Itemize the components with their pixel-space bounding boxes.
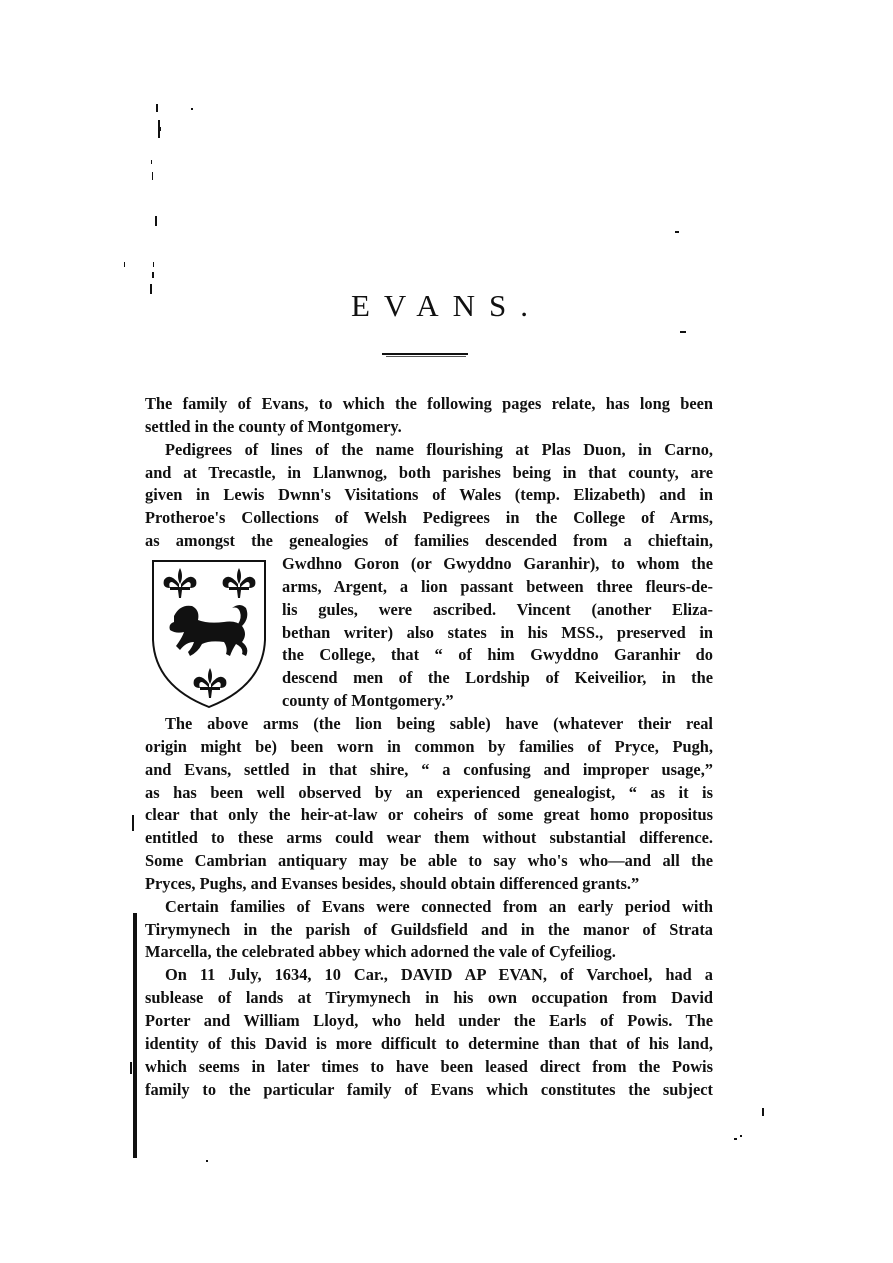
- scan-mark: [130, 1062, 132, 1074]
- page-title: EVANS.: [0, 286, 893, 326]
- scan-mark: [132, 815, 134, 831]
- text-line: descend men of the Lordship of Keiveilio…: [282, 667, 713, 690]
- scan-mark: [152, 172, 153, 180]
- scan-mark: [206, 1160, 208, 1162]
- title-rule: [382, 353, 468, 357]
- text-line: as amongst the genealogies of families d…: [145, 530, 713, 553]
- coat-of-arms-illustration: [150, 558, 268, 710]
- text-line: family to the particular family of Evans…: [145, 1079, 713, 1102]
- book-page: EVANS. The family of Evans, to which the…: [0, 0, 893, 1263]
- text-line: origin might be) been worn in common by …: [145, 736, 713, 759]
- text-line: settled in the county of Montgomery.: [145, 416, 713, 439]
- scan-mark: [675, 231, 679, 233]
- paragraph-arms: Gwdhno Goron (or Gwyddno Garanhir), to w…: [282, 553, 713, 713]
- scan-mark: [153, 262, 154, 267]
- text-line: bethan writer) also states in his MSS., …: [282, 622, 713, 645]
- margin-bracket: [133, 913, 137, 1158]
- text-line: Certain families of Evans were connected…: [145, 896, 713, 919]
- text-line: given in Lewis Dwnn's Visitations of Wal…: [145, 484, 713, 507]
- text-line: lis gules, were ascribed. Vincent (anoth…: [282, 599, 713, 622]
- text-line: and Evans, settled in that shire, “ a co…: [145, 759, 713, 782]
- scan-mark: [762, 1108, 764, 1116]
- paragraph-body: The above arms (the lion being sable) ha…: [145, 713, 713, 1101]
- scan-mark: [156, 104, 158, 112]
- text-line: Gwdhno Goron (or Gwyddno Garanhir), to w…: [282, 553, 713, 576]
- scan-mark: [155, 216, 157, 226]
- text-line: the College, that “ of him Gwyddno Garan…: [282, 644, 713, 667]
- scan-mark: [152, 272, 154, 278]
- scan-mark: [680, 331, 686, 333]
- scan-mark: [124, 262, 125, 267]
- text-line: Marcella, the celebrated abbey which ado…: [145, 941, 713, 964]
- text-line: sublease of lands at Tirymynech in his o…: [145, 987, 713, 1010]
- text-line: arms, Argent, a lion passant between thr…: [282, 576, 713, 599]
- text-line: On 11 July, 1634, 10 Car., DAVID AP EVAN…: [145, 964, 713, 987]
- text-line: Protheroe's Collections of Welsh Pedigre…: [145, 507, 713, 530]
- scan-mark: [734, 1138, 737, 1140]
- scan-mark: [160, 127, 161, 131]
- text-line: county of Montgomery.”: [282, 690, 713, 713]
- scan-mark: [191, 108, 193, 110]
- text-line: The above arms (the lion being sable) ha…: [145, 713, 713, 736]
- text-line: entitled to these arms could wear them w…: [145, 827, 713, 850]
- text-line: Porter and William Lloyd, who held under…: [145, 1010, 713, 1033]
- text-line: clear that only the heir-at-law or cohei…: [145, 804, 713, 827]
- scan-mark: [151, 160, 152, 164]
- text-line: Tirymynech in the parish of Guildsfield …: [145, 919, 713, 942]
- text-line: Pryces, Pughs, and Evanses besides, shou…: [145, 873, 713, 896]
- text-line: which seems in later times to have been …: [145, 1056, 713, 1079]
- text-line: identity of this David is more difficult…: [145, 1033, 713, 1056]
- text-line: Pedigrees of lines of the name flourishi…: [145, 439, 713, 462]
- text-line: as has been well observed by an experien…: [145, 782, 713, 805]
- scan-mark: [740, 1135, 742, 1137]
- paragraph-intro: The family of Evans, to which the follow…: [145, 393, 713, 553]
- text-line: Some Cambrian antiquary may be able to s…: [145, 850, 713, 873]
- text-line: and at Trecastle, in Llanwnog, both pari…: [145, 462, 713, 485]
- text-line: The family of Evans, to which the follow…: [145, 393, 713, 416]
